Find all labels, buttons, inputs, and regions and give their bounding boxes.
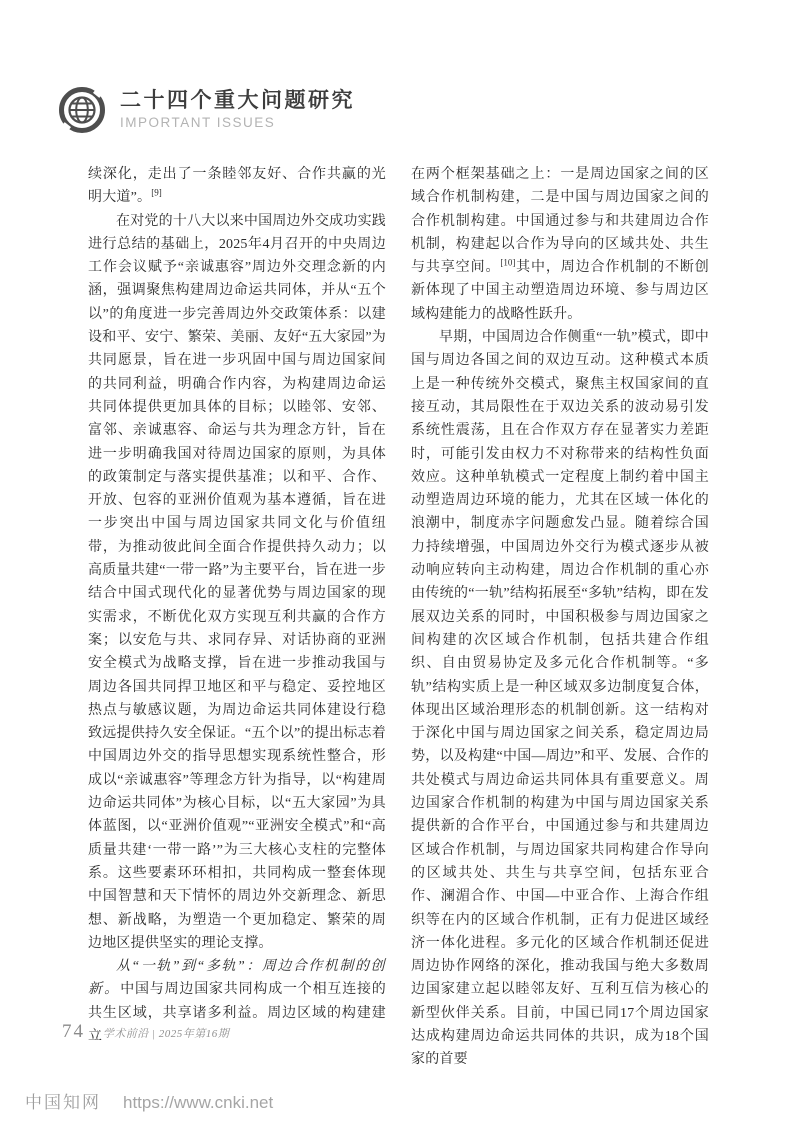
text-run: 续深化，走出了一条睦邻友好、合作共赢的光明大道”。 <box>88 167 386 205</box>
page-footer: 74 | 学术前沿 | 2025年第16期 <box>62 1021 229 1043</box>
page-number: 74 <box>62 1021 85 1043</box>
paragraph: 续深化，走出了一条睦邻友好、合作共赢的光明大道”。[9] <box>88 163 386 210</box>
paragraph: 在两个框架基础之上：一是周边国家之间的区域合作机制构建，二是中国与周边国家之间的… <box>411 163 709 326</box>
text-run: 在两个框架基础之上：一是周边国家之间的区域合作机制构建，二是中国与周边国家之间的… <box>411 167 709 275</box>
globe-icon <box>58 86 106 134</box>
section-title-en: IMPORTANT ISSUES <box>120 115 355 130</box>
footnote-ref: [10] <box>500 258 515 268</box>
cnki-url: https://www.cnki.net <box>123 1093 273 1113</box>
text-run: 早期，中国周边合作侧重“一轨”模式，即中国与周边各国之间的双边互动。这种模式本质… <box>411 330 709 1067</box>
section-title-cn: 二十四个重大问题研究 <box>120 89 355 112</box>
section-header: 二十四个重大问题研究 IMPORTANT ISSUES <box>58 86 355 134</box>
text-column-left: 续深化，走出了一条睦邻友好、合作共赢的光明大道”。[9]在对党的十八大以来中国周… <box>88 163 386 1048</box>
journal-issue-line: | 学术前沿 | 2025年第16期 <box>96 1025 229 1041</box>
paragraph: 早期，中国周边合作侧重“一轨”模式，即中国与周边各国之间的双边互动。这种模式本质… <box>411 326 709 1072</box>
cnki-watermark: 中国知网 https://www.cnki.net <box>25 1088 273 1113</box>
text-column-right: 在两个框架基础之上：一是周边国家之间的区域合作机制构建，二是中国与周边国家之间的… <box>411 163 709 1072</box>
paragraph: 在对党的十八大以来中国周边外交成功实践进行总结的基础上，2025年4月召开的中央… <box>88 210 386 956</box>
cnki-site-name: 中国知网 <box>25 1088 101 1113</box>
text-run: 在对党的十八大以来中国周边外交成功实践进行总结的基础上，2025年4月召开的中央… <box>88 214 386 951</box>
journal-page: 二十四个重大问题研究 IMPORTANT ISSUES 续深化，走出了一条睦邻友… <box>0 0 799 1122</box>
footnote-ref: [9] <box>151 188 162 198</box>
section-titles: 二十四个重大问题研究 IMPORTANT ISSUES <box>120 86 355 130</box>
